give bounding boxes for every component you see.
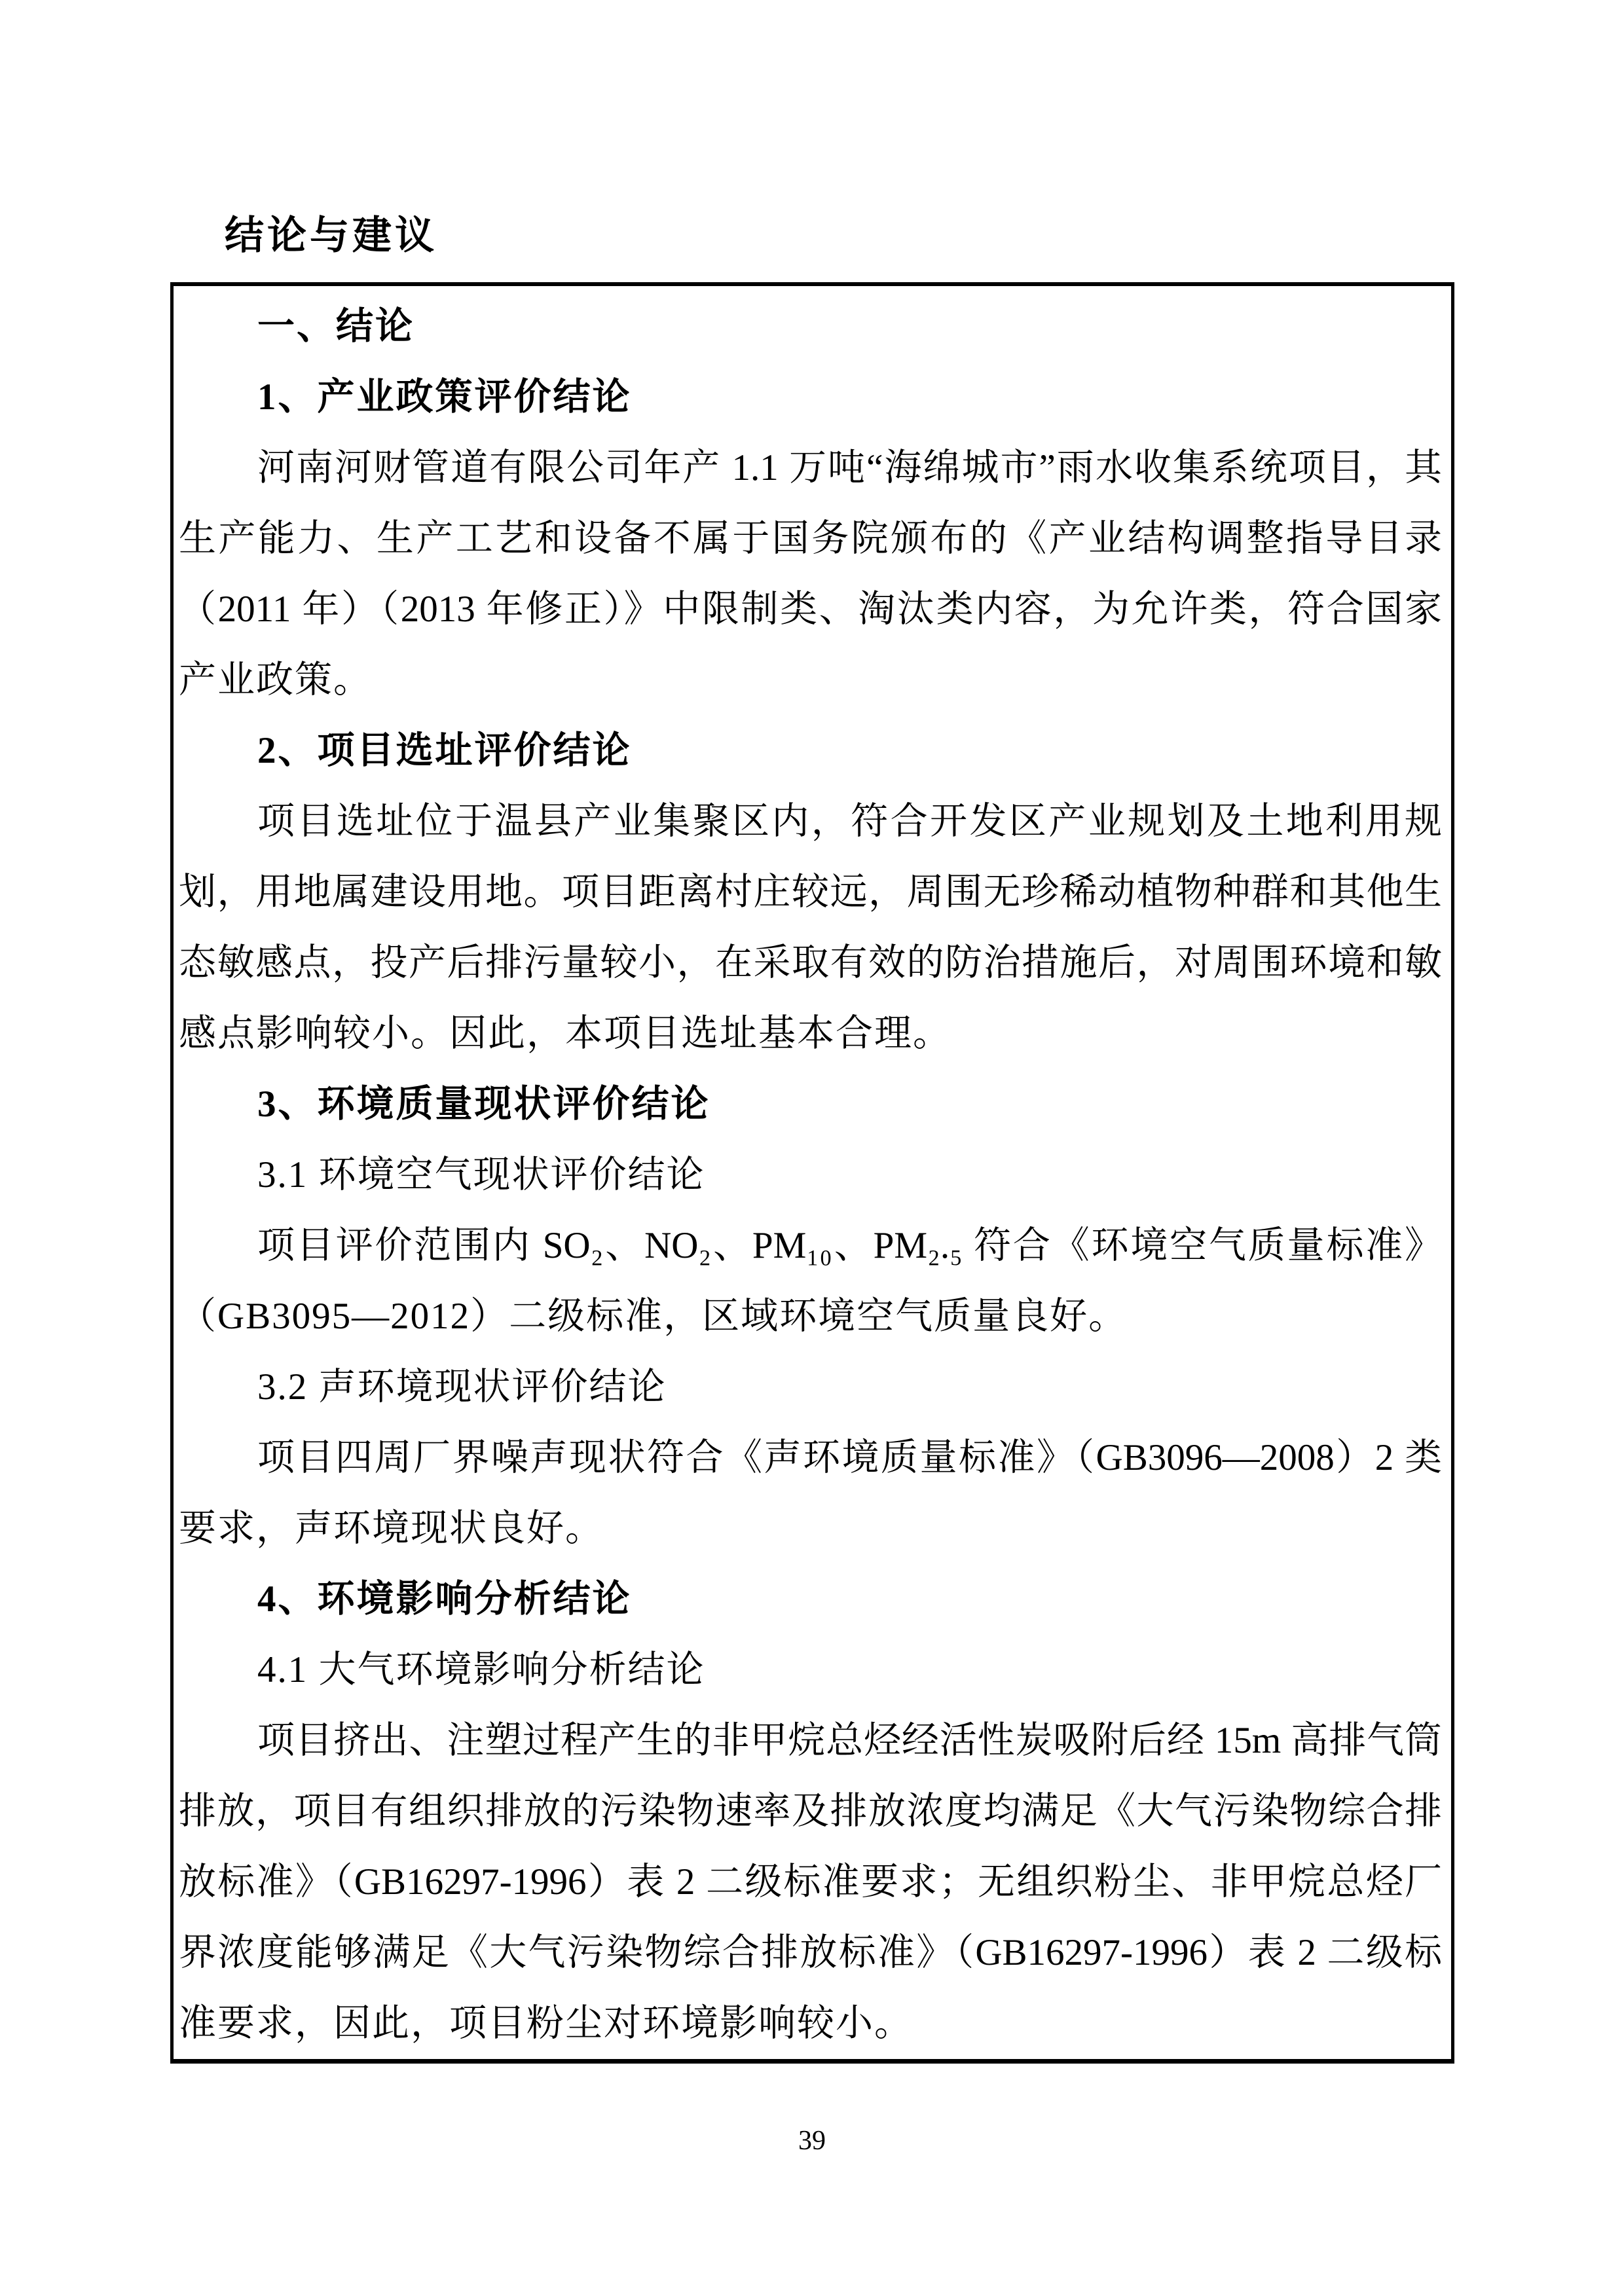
heading-line: 2、项目选址评价结论 — [179, 716, 1442, 786]
text-line: 准要求，因此，项目粉尘对环境影响较小。 — [179, 1988, 1442, 2059]
text-line: 界浓度能够满足《大气污染物综合排放标准》（GB16297-1996）表 2 二级… — [179, 1918, 1442, 1988]
subheading-line: 3.1 环境空气现状评价结论 — [179, 1140, 1442, 1211]
text-line: 项目选址位于温县产业集聚区内，符合开发区产业规划及土地利用规 — [179, 786, 1442, 857]
heading-conclusion-line: 一、结论 — [179, 291, 1442, 362]
text-line: 项目评价范围内 SO₂、NO₂、PM₁₀、PM₂.₅ 符合《环境空气质量标准》 — [179, 1211, 1442, 1281]
text-line: （GB3095—2012）二级标准，区域环境空气质量良好。 — [179, 1281, 1442, 1352]
text-line: 态敏感点，投产后排污量较小，在采取有效的防治措施后，对周围环境和敏 — [179, 928, 1442, 998]
text-line: （2011 年）（2013 年修正）》中限制类、淘汰类内容，为允许类，符合国家 — [179, 574, 1442, 645]
subheading-line: 4.1 大气环境影响分析结论 — [179, 1635, 1442, 1705]
text-line: 要求，声环境现状良好。 — [179, 1493, 1442, 1564]
text-line: 排放，项目有组织排放的污染物速率及排放浓度均满足《大气污染物综合排 — [179, 1776, 1442, 1847]
text-line: 感点影响较小。因此，本项目选址基本合理。 — [179, 998, 1442, 1069]
text-line: 河南河财管道有限公司年产 1.1 万吨“海绵城市”雨水收集系统项目，其 — [179, 433, 1442, 503]
text-line: 放标准》（GB16297-1996）表 2 二级标准要求；无组织粉尘、非甲烷总烃… — [179, 1847, 1442, 1918]
page-number: 39 — [0, 2125, 1624, 2157]
page-title: 结论与建议 — [225, 211, 437, 261]
text-line: 产业政策。 — [179, 645, 1442, 716]
heading-line: 1、产业政策评价结论 — [179, 362, 1442, 433]
document-page: 结论与建议 一、结论 1、产业政策评价结论 河南河财管道有限公司年产 1.1 万… — [0, 0, 1624, 2296]
heading-line: 3、环境质量现状评价结论 — [179, 1069, 1442, 1140]
text-line: 项目四周厂界噪声现状符合《声环境质量标准》（GB3096—2008）2 类 — [179, 1423, 1442, 1493]
conclusions-box: 一、结论 1、产业政策评价结论 河南河财管道有限公司年产 1.1 万吨“海绵城市… — [170, 282, 1454, 2064]
subheading-line: 3.2 声环境现状评价结论 — [179, 1352, 1442, 1423]
text-line: 划，用地属建设用地。项目距离村庄较远，周围无珍稀动植物种群和其他生 — [179, 857, 1442, 928]
text-line: 项目挤出、注塑过程产生的非甲烷总烃经活性炭吸附后经 15m 高排气筒 — [179, 1705, 1442, 1776]
text-line: 生产能力、生产工艺和设备不属于国务院颁布的《产业结构调整指导目录 — [179, 503, 1442, 574]
heading-line: 4、环境影响分析结论 — [179, 1564, 1442, 1635]
